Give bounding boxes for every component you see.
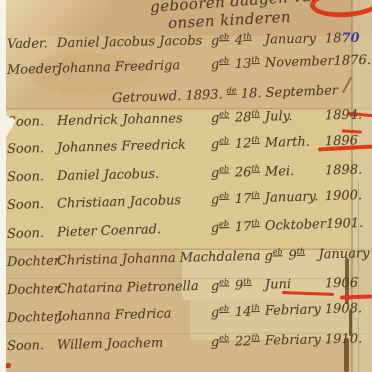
born-abbr: geb bbox=[211, 277, 235, 294]
born-abbr: geb bbox=[211, 32, 235, 49]
document-photo: gebooren daagen van onsen kinderen Getro… bbox=[0, 0, 372, 372]
birth-year: 1894. bbox=[325, 108, 363, 124]
relation-label: Moeder. bbox=[7, 62, 57, 78]
person-name: Pieter Coenrad. bbox=[57, 221, 211, 241]
birth-day: 17th bbox=[235, 218, 265, 235]
person-name: Johanna Fredrica bbox=[57, 306, 211, 325]
person-name: Willem Joachem bbox=[57, 335, 211, 353]
birth-day: 9th bbox=[235, 277, 265, 294]
birth-month: January. bbox=[265, 189, 325, 206]
born-abbr: geb bbox=[211, 164, 235, 181]
blue-ink-overwrite: 70 bbox=[341, 31, 359, 46]
born-abbr: geb bbox=[211, 56, 235, 73]
relation-label: Dochter. bbox=[7, 282, 57, 298]
register-row: Vader. Daniel Jacobus Jacobs geb 4th Jan… bbox=[7, 30, 360, 52]
person-name: Daniel Jacobus. bbox=[57, 166, 211, 184]
born-abbr: geb bbox=[211, 219, 236, 236]
birth-year: 1906 bbox=[325, 276, 358, 292]
birth-month: January bbox=[265, 32, 325, 48]
register-row: Soon. Daniel Jacobus. geb 26th Mei. 1898… bbox=[7, 162, 362, 186]
relation-label: Soon. bbox=[7, 169, 57, 185]
relation-label: Soon. bbox=[7, 197, 57, 213]
torn-edge bbox=[0, 112, 16, 147]
birth-year: 1910. bbox=[325, 332, 363, 348]
birth-day: 26th bbox=[235, 164, 265, 181]
birth-day: 22th bbox=[235, 333, 265, 350]
birth-month: Juni bbox=[265, 277, 325, 293]
person-name: Hendrick Johannes bbox=[57, 111, 211, 129]
person-name: Daniel Jacobus Jacobs bbox=[57, 34, 211, 52]
person-name: Johanna Freedriga bbox=[57, 58, 211, 77]
birth-year: 1908. bbox=[325, 301, 363, 317]
photo-border bbox=[0, 0, 6, 372]
born-abbr: geb bbox=[264, 247, 288, 264]
birth-year: 1896 bbox=[325, 134, 358, 150]
birth-month: July. bbox=[265, 109, 325, 125]
born-abbr: geb bbox=[211, 304, 235, 321]
relation-label: Soon. bbox=[7, 226, 57, 243]
birth-month: Marth. bbox=[265, 135, 325, 151]
birth-month: November bbox=[265, 54, 334, 71]
born-abbr: geb bbox=[211, 333, 235, 350]
person-name: Johannes Freedrick bbox=[57, 137, 211, 156]
birth-year: 1870 bbox=[325, 31, 360, 47]
register-row: Soon. Johannes Freedrick geb 12th Marth.… bbox=[7, 132, 358, 157]
born-abbr: geb bbox=[211, 109, 235, 126]
born-abbr: geb bbox=[211, 135, 235, 152]
register-row: Soon. Willem Joachem geb 22th Febriary 1… bbox=[7, 331, 362, 355]
register-row: Soon. Hendrick Johannes geb 28th July. 1… bbox=[7, 107, 362, 131]
birth-day: 4th bbox=[235, 31, 265, 48]
birth-month: Febriary bbox=[265, 302, 325, 319]
entries: Vader. Daniel Jacobus Jacobs geb 4th Jan… bbox=[0, 0, 372, 372]
birth-month: January bbox=[318, 246, 372, 262]
register-row: Dochter. Chatarina Pietronella geb 9th J… bbox=[7, 275, 358, 299]
birth-year: 1898. bbox=[325, 163, 363, 179]
birth-month: Mei. bbox=[265, 164, 325, 180]
birth-day: 12th bbox=[235, 135, 265, 152]
relation-label: Soon. bbox=[7, 338, 57, 354]
birth-month: Febriary bbox=[265, 333, 325, 349]
birth-day: 9th bbox=[288, 246, 318, 263]
register-row: Moeder. Johanna Freedriga geb 13th Novem… bbox=[7, 52, 371, 78]
relation-label: Dochter. bbox=[7, 310, 57, 326]
born-abbr: geb bbox=[211, 191, 235, 208]
register-row: Soon. Christiaan Jacobus geb 17th Januar… bbox=[7, 187, 363, 213]
birth-day: 17th bbox=[235, 190, 265, 207]
birth-day: 28th bbox=[235, 109, 265, 126]
birth-day: 14th bbox=[235, 303, 265, 320]
person-name: Chatarina Pietronella bbox=[57, 279, 211, 297]
birth-day: 13th bbox=[235, 55, 265, 72]
relation-label: Vader. bbox=[7, 36, 57, 52]
register-row: Dochter. Christina Johanna Machdalena ge… bbox=[7, 244, 372, 270]
relation-label: Dochter. bbox=[7, 254, 57, 270]
birth-year: 1901. bbox=[326, 216, 364, 232]
register-row: Dochter. Johanna Fredrica geb 14th Febri… bbox=[7, 300, 363, 326]
person-name: Christina Johanna Machdalena bbox=[57, 249, 265, 269]
person-name: Christiaan Jacobus bbox=[57, 193, 211, 212]
birth-year: 1876. bbox=[333, 53, 371, 69]
birth-month: Ocktober bbox=[265, 217, 327, 234]
birth-year: 1900. bbox=[325, 188, 363, 204]
register-row: Soon. Pieter Coenrad. geb 17th Ocktober … bbox=[7, 215, 364, 243]
